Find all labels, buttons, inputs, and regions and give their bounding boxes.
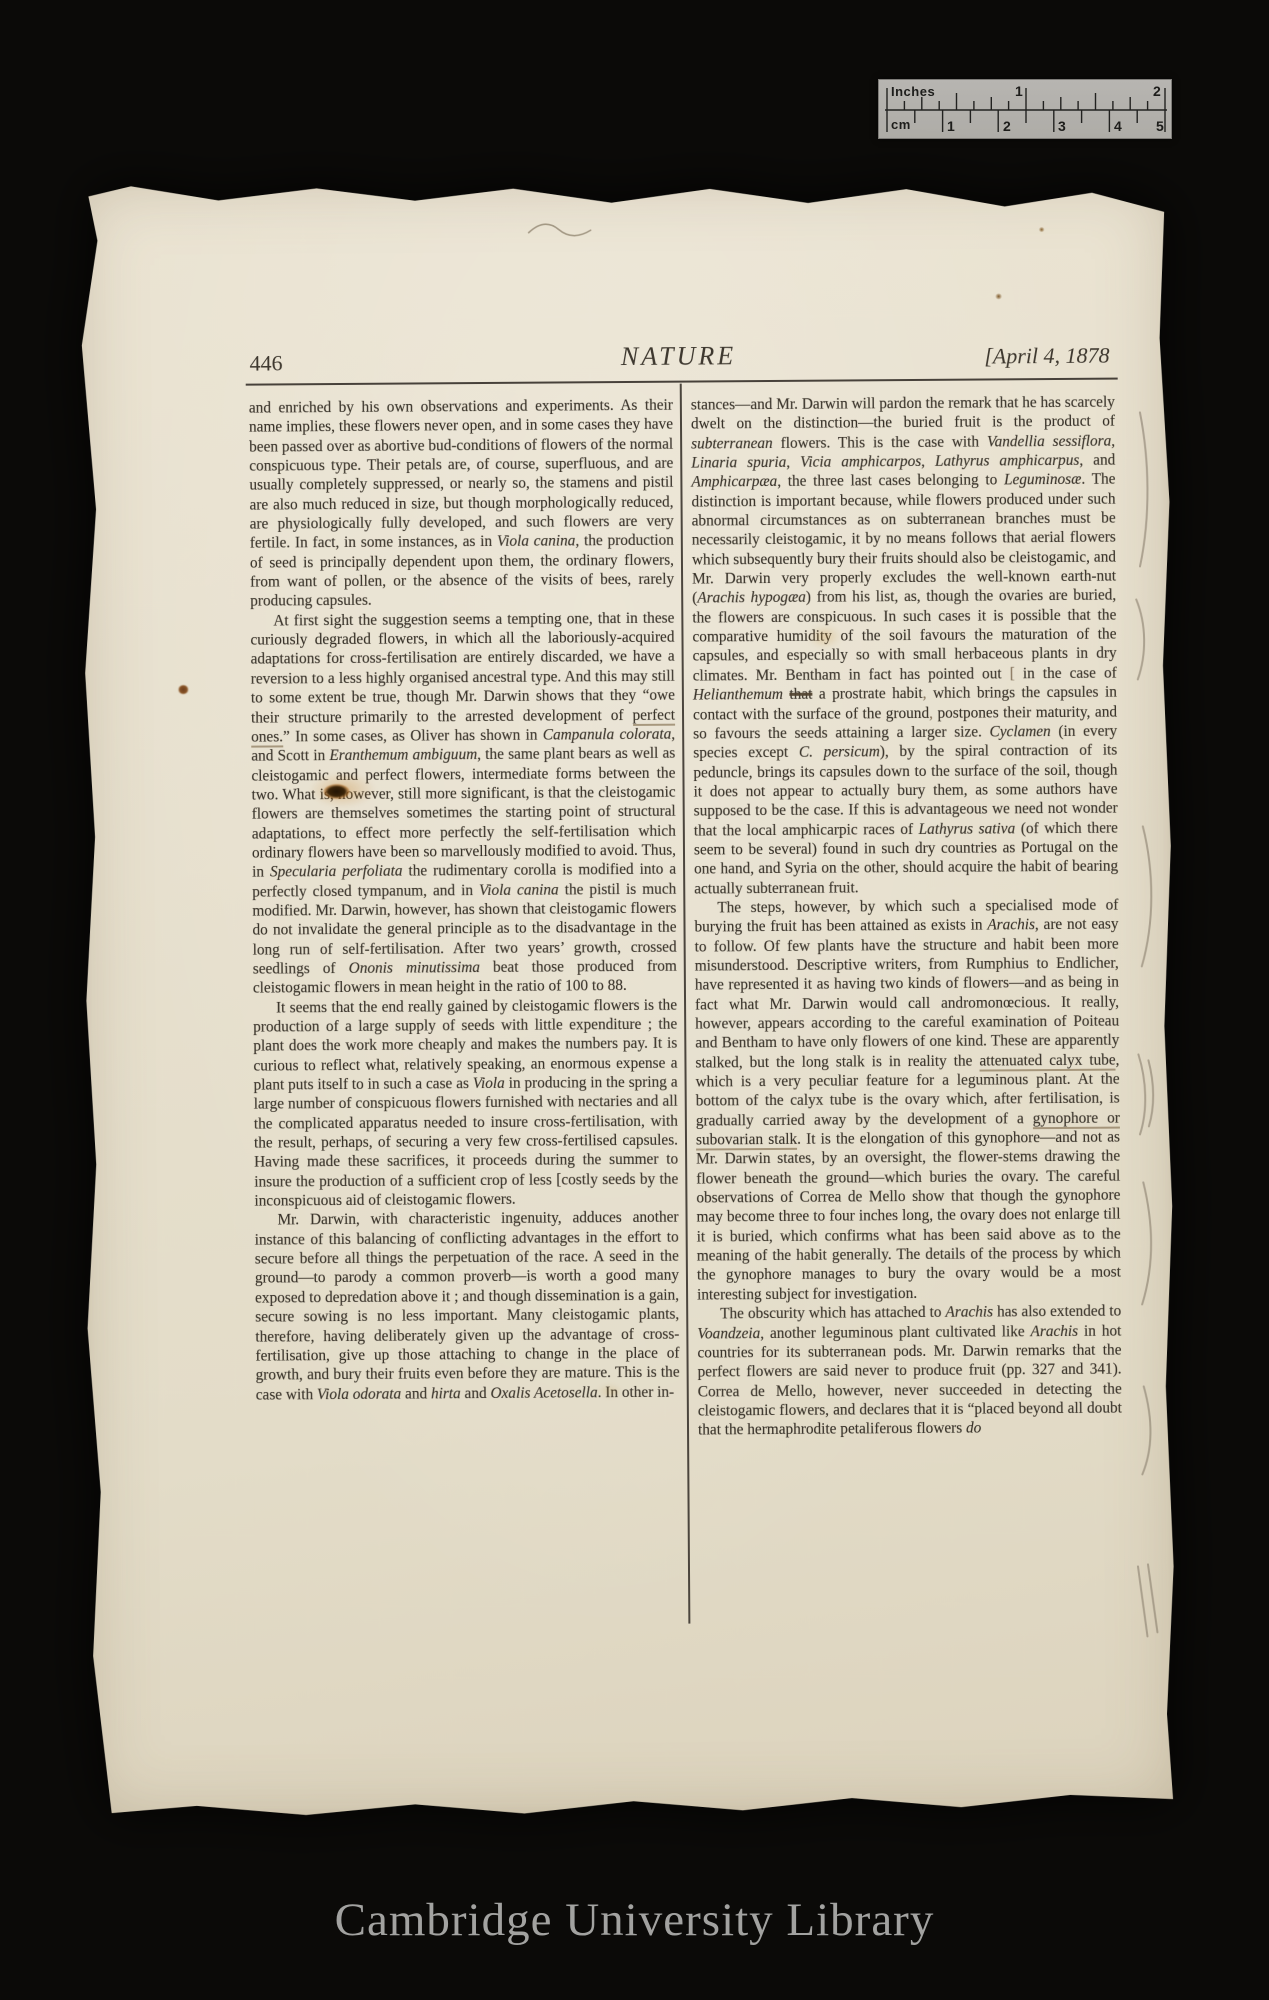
header-rule (246, 378, 1118, 386)
stain-mark (995, 293, 1002, 299)
ruler-inch-number: 1 (1015, 83, 1023, 99)
library-scan-canvas: { "ruler": { "inches_label": "Inches", "… (0, 0, 1269, 2000)
column-divider-rule (680, 384, 690, 1624)
ruler-cm-number: 3 (1058, 118, 1066, 134)
ruler-cm-number: 5 (1156, 118, 1164, 134)
scanned-page-wrapper: 446 NATURE [April 4, 1878 and enriched b… (76, 174, 1179, 1820)
pen-squiggle-mark (529, 224, 591, 236)
issue-date: [April 4, 1878 (984, 343, 1109, 370)
paragraph: Mr. Darwin, with characteristic ingenuit… (254, 1208, 679, 1404)
stain-mark (1039, 227, 1045, 232)
right-text-column: stances—and Mr. Darwin will pardon the r… (691, 393, 1122, 1440)
ruler-inch-number: 2 (1153, 83, 1161, 99)
paragraph: and enriched by his own observations and… (249, 396, 674, 612)
left-text-column: and enriched by his own observations and… (249, 396, 680, 1405)
ruler-cm-number: 2 (1003, 118, 1011, 134)
paragraph: The steps, however, by which such a spec… (694, 896, 1121, 1305)
ruler-cm-number: 4 (1114, 118, 1122, 134)
paragraph: It seems that the end really gained by c… (253, 995, 678, 1211)
paragraph: The obscurity which has attached to Arac… (697, 1302, 1122, 1440)
measurement-ruler: Inches cm 1 2 1 2 3 4 5 (878, 79, 1172, 139)
stain-mark (178, 685, 189, 694)
library-watermark: Cambridge University Library (0, 1893, 1269, 1947)
journal-title: NATURE (247, 339, 1109, 375)
ruler-inches-label: Inches (891, 84, 935, 99)
ruler-cm-number: 1 (947, 118, 955, 134)
scanned-page: 446 NATURE [April 4, 1878 and enriched b… (76, 174, 1179, 1820)
paragraph: stances—and Mr. Darwin will pardon the r… (691, 393, 1119, 899)
ruler-cm-label: cm (891, 117, 911, 132)
paragraph: At first sight the suggestion seems a te… (250, 608, 677, 998)
